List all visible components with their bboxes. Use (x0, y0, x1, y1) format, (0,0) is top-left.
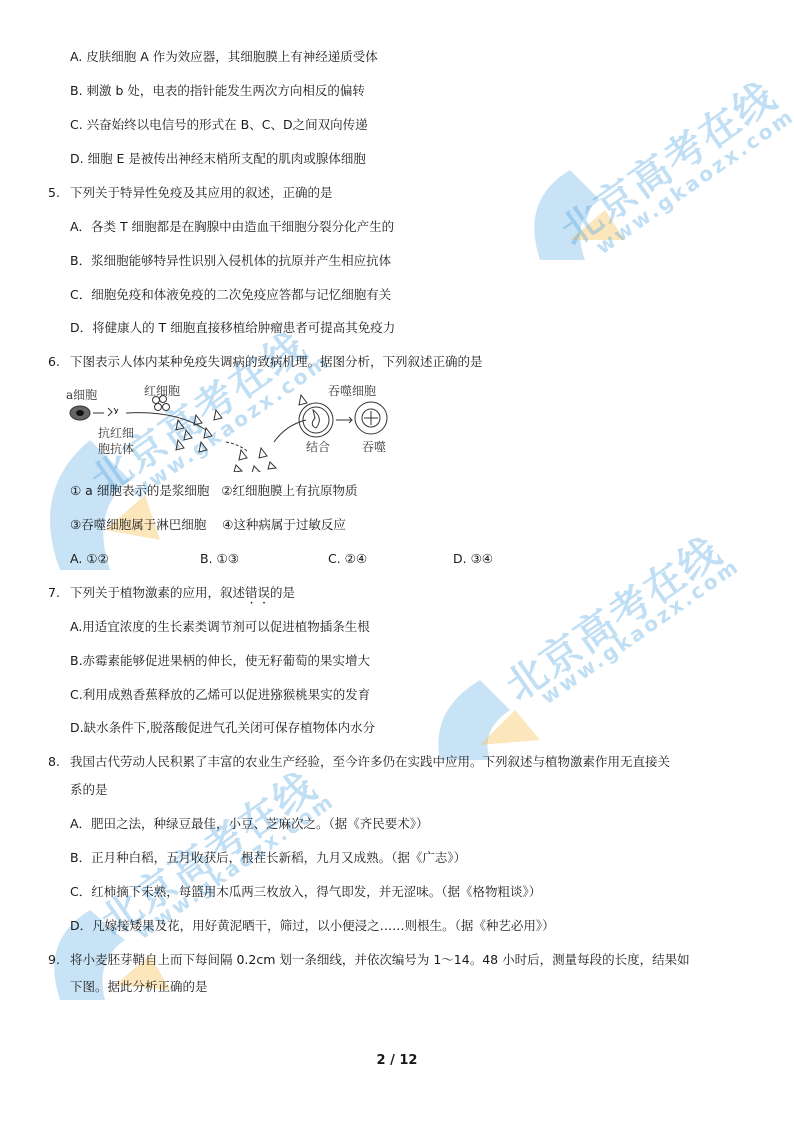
figure-label-antibody-line1: 抗红细 (98, 424, 134, 441)
q8-stem-line2: 系的是 (70, 782, 108, 798)
q7-option-a: A.用适宜浓度的生长素类调节剂可以促进植物插条生根 (70, 619, 370, 635)
q4-option-c: C. 兴奋始终以电信号的形式在 B、C、D之间双向传递 (70, 117, 368, 133)
q7-number: 7. (48, 585, 70, 601)
figure-label-bind: 结合 (306, 438, 330, 455)
q8-stem-line1: 我国古代劳动人民积累了丰富的农业生产经验，至今许多仍在实践中应用。下列叙述与植物… (70, 754, 670, 769)
watermark-cn: 北京高考在线 (492, 521, 731, 712)
q9-stem-line1: 将小麦胚芽鞘自上而下每间隔 0.2cm 划一条细线，并依次编号为 1～14。48… (70, 952, 690, 967)
q6-option-d: D. ③④ (453, 551, 493, 566)
q8-number: 8. (48, 754, 70, 770)
q8-option-a: A．肥田之法，种绿豆最佳，小豆、芝麻次之。（据《齐民要术》） (70, 816, 429, 832)
watermark-top-right: 北京高考在线 www.gkaozx.com (510, 60, 790, 280)
q6-option-c: C. ②④ (328, 551, 367, 566)
q5-stem: 5.下列关于特异性免疫及其应用的叙述，正确的是 (48, 185, 333, 201)
q4-option-b: B. 刺激 b 处，电表的指针能发生两次方向相反的偏转 (70, 83, 365, 99)
q5-number: 5. (48, 185, 70, 201)
q9-stem: 9.将小麦胚芽鞘自上而下每间隔 0.2cm 划一条细线，并依次编号为 1～14。… (48, 952, 690, 968)
q5-option-d: D．将健康人的 T 细胞直接移植给肿瘤患者可提高其免疫力 (70, 320, 395, 336)
q6-statement-1: ① a 细胞表示的是浆细胞 (70, 483, 209, 498)
q6-statements-row2: ③吞噬细胞属于淋巴细胞 ④这种病属于过敏反应 (70, 517, 346, 533)
q5-stem-text: 下列关于特异性免疫及其应用的叙述，正确的是 (70, 185, 333, 200)
page-number: 2 / 12 (0, 1053, 794, 1068)
q6-statements-row1: ① a 细胞表示的是浆细胞 ②红细胞膜上有抗原物质 (70, 483, 357, 499)
q5-option-c: C．细胞免疫和体液免疫的二次免疫应答都与记忆细胞有关 (70, 287, 391, 303)
q9-number: 9. (48, 952, 70, 968)
watermark-cn: 北京高考在线 (547, 66, 786, 257)
q9-stem-line2: 下图。据此分析正确的是 (70, 979, 208, 995)
q6-option-a: A. ①② (70, 551, 109, 566)
gk-logo-icon (510, 60, 790, 280)
q8-stem: 8.我国古代劳动人民积累了丰富的农业生产经验，至今许多仍在实践中应用。下列叙述与… (48, 754, 670, 770)
q7-stem-emphasis: 错误 (245, 585, 270, 600)
q6-stem: 6.下图表示人体内某种免疫失调病的致病机理。据图分析，下列叙述正确的是 (48, 354, 483, 370)
q7-stem: 7.下列关于植物激素的应用，叙述错误的是 (48, 585, 295, 607)
q7-option-c: C.利用成熟香蕉释放的乙烯可以促进猕猴桃果实的发育 (70, 687, 370, 703)
figure-label-antibody-line2: 胞抗体 (98, 440, 134, 457)
q6-stem-text: 下图表示人体内某种免疫失调病的致病机理。据图分析，下列叙述正确的是 (70, 354, 483, 369)
q6-statement-2: ②红细胞膜上有抗原物质 (221, 483, 357, 498)
q4-option-d: D. 细胞 E 是被传出神经末梢所支配的肌肉或腺体细胞 (70, 151, 366, 167)
watermark-lower-right: 北京高考在线 www.gkaozx.com (430, 560, 770, 760)
figure-label-engulf: 吞噬 (362, 438, 386, 455)
q6-option-b: B. ①③ (200, 551, 239, 566)
q8-option-b: B．正月种白稻，五月收获后，根茬长新稻，九月又成熟。（据《广志》） (70, 850, 466, 866)
q6-figure-immune-mechanism: a细胞 红细胞 抗红细 胞抗体 吞噬细胞 结合 吞噬 (66, 380, 396, 472)
figure-label-phagocyte: 吞噬细胞 (328, 382, 376, 399)
q4-option-a: A. 皮肤细胞 A 作为效应器，其细胞膜上有神经递质受体 (70, 49, 378, 65)
q7-option-b: B.赤霉素能够促进果柄的伸长，使无籽葡萄的果实增大 (70, 653, 370, 669)
gk-logo-icon (430, 560, 770, 760)
q6-statement-4: ④这种病属于过敏反应 (222, 517, 346, 532)
q8-option-c: C．红柿摘下未熟，每篮用木瓜两三枚放入，得气即发，并无涩味。（据《格物粗谈》） (70, 884, 541, 900)
q7-stem-post: 的是 (270, 585, 295, 600)
q7-option-d: D.缺水条件下,脱落酸促进气孔关闭可保存植物体内水分 (70, 720, 375, 736)
figure-label-a-cell: a细胞 (66, 386, 97, 403)
q6-number: 6. (48, 354, 70, 370)
watermark-url: www.gkaozx.com (591, 103, 794, 259)
q6-statement-3: ③吞噬细胞属于淋巴细胞 (70, 517, 206, 532)
figure-label-rbc: 红细胞 (144, 382, 180, 399)
q5-option-a: A．各类 T 细胞都是在胸腺中由造血干细胞分裂分化产生的 (70, 219, 394, 235)
q5-option-b: B．浆细胞能够特异性识别入侵机体的抗原并产生相应抗体 (70, 253, 391, 269)
q8-option-d: D．凡嫁接矮果及花，用好黄泥晒干，筛过，以小便浸之……则根生。（据《种艺必用》） (70, 918, 555, 934)
watermark-url: www.gkaozx.com (536, 553, 744, 709)
q7-stem-pre: 下列关于植物激素的应用，叙述 (70, 585, 245, 600)
